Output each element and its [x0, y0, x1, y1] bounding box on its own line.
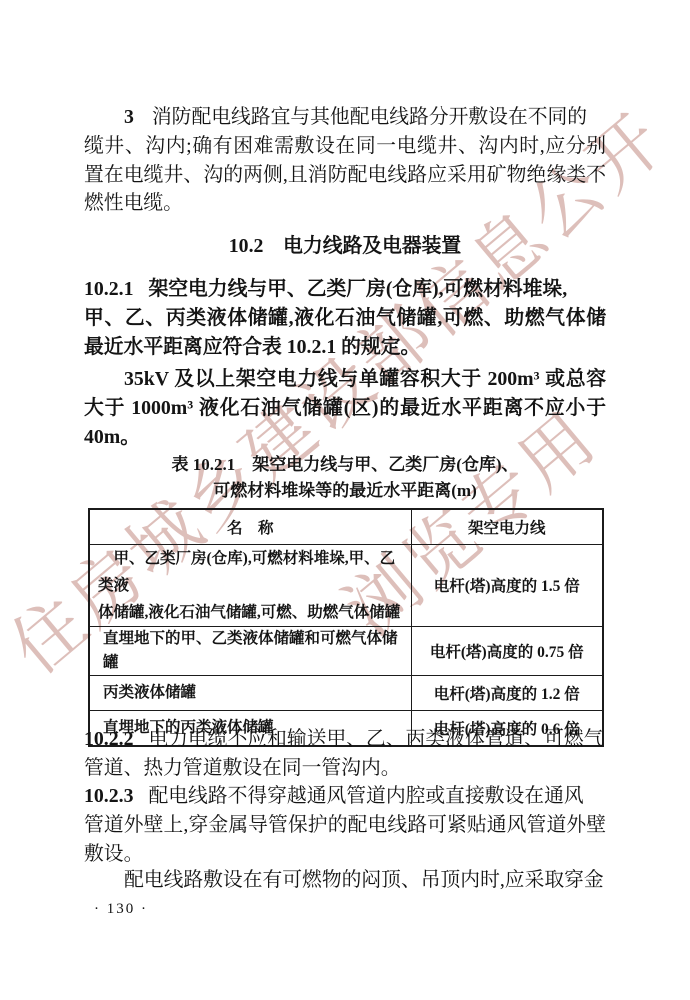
column-header-name: 名 称	[89, 509, 411, 544]
row-name-cell: 甲、乙类厂房(仓库),可燃材料堆垛,甲、乙类液 体储罐,液化石油气储罐,可燃、助…	[89, 544, 411, 626]
table-header-row: 名 称 架空电力线	[89, 509, 603, 544]
table-row: 直埋地下的甲、乙类液体储罐和可燃气体储罐 电杆(塔)高度的 0.75 倍	[89, 626, 603, 675]
row-value-cell: 电杆(塔)高度的 0.75 倍	[411, 626, 603, 675]
column-header-powerline: 架空电力线	[411, 509, 603, 544]
clause-number: 10.2.2	[84, 728, 133, 750]
row-name-cell: 丙类液体储罐	[89, 675, 411, 710]
text-line: 10.2.1架空电力线与甲、乙类厂房(仓库),可燃材料堆垛,	[84, 275, 606, 304]
table-caption-line-2: 可燃材料堆垛等的最近水平距离(m)	[84, 478, 606, 504]
text-line: 缆井、沟内;确有困难需敷设在同一电缆井、沟内时,应分别布	[84, 132, 606, 161]
section-heading: 10.2 电力线路及电器装置	[84, 232, 606, 261]
text-line: 敷设。	[84, 840, 606, 869]
text-line: 体储罐,液化石油气储罐,可燃、助燃气体储罐	[98, 599, 403, 626]
table-row: 甲、乙类厂房(仓库),可燃材料堆垛,甲、乙类液 体储罐,液化石油气储罐,可燃、助…	[89, 544, 603, 626]
paragraph-35kv: 35kV 及以上架空电力线与单罐容积大于 200m³ 或总容积 大于 1000m…	[84, 365, 606, 451]
row-value-cell: 电杆(塔)高度的 1.2 倍	[411, 675, 603, 710]
text-line: 10.2.2电力电缆不应和输送甲、乙、丙类液体管道、可燃气体	[84, 725, 606, 754]
clause-number: 10.2.3	[84, 785, 133, 807]
text-line: 甲、乙类厂房(仓库),可燃材料堆垛,甲、乙类液	[98, 545, 403, 599]
paragraph-clause-10-2-2: 10.2.2电力电缆不应和输送甲、乙、丙类液体管道、可燃气体 管道、热力管道敷设…	[84, 725, 606, 783]
text-line: 管道、热力管道敷设在同一管沟内。	[84, 754, 606, 783]
paragraph-clause-3: 3消防配电线路宜与其他配电线路分开敷设在不同的电 缆井、沟内;确有困难需敷设在同…	[84, 103, 606, 218]
table-10-2-1: 名 称 架空电力线 甲、乙类厂房(仓库),可燃材料堆垛,甲、乙类液 体储罐,液化…	[88, 508, 604, 747]
page-number: · 130 ·	[94, 899, 294, 919]
text-line: 大于 1000m³ 液化石油气储罐(区)的最近水平距离不应小于	[84, 394, 606, 423]
paragraph-last: 配电线路敷设在有可燃物的闷顶、吊顶内时,应采取穿金	[84, 866, 606, 895]
paragraph-clause-10-2-3: 10.2.3配电线路不得穿越通风管道内腔或直接敷设在通风 管道外壁上,穿金属导管…	[84, 782, 606, 868]
text-line: 配电线路敷设在有可燃物的闷顶、吊顶内时,应采取穿金	[84, 866, 606, 895]
row-value-cell: 电杆(塔)高度的 1.5 倍	[411, 544, 603, 626]
text-line: 40m。	[84, 423, 606, 452]
table-caption-line-1: 表 10.2.1 架空电力线与甲、乙类厂房(仓库)、	[84, 452, 606, 478]
document-page: { "watermark": { "line1": "住房城乡建设部信息公开",…	[0, 0, 690, 1000]
paragraph-clause-10-2-1: 10.2.1架空电力线与甲、乙类厂房(仓库),可燃材料堆垛, 甲、乙、丙类液体储…	[84, 275, 606, 361]
text-line: 3消防配电线路宜与其他配电线路分开敷设在不同的电	[84, 103, 606, 132]
text-line: 最近水平距离应符合表 10.2.1 的规定。	[84, 333, 606, 362]
text-line: 甲、乙、丙类液体储罐,液化石油气储罐,可燃、助燃气体储罐的	[84, 304, 606, 333]
clause-number: 10.2.1	[84, 278, 133, 300]
text-line: 35kV 及以上架空电力线与单罐容积大于 200m³ 或总容积	[84, 365, 606, 394]
text-line: 置在电缆井、沟的两侧,且消防配电线路应采用矿物绝缘类不	[84, 161, 606, 190]
table-caption: 表 10.2.1 架空电力线与甲、乙类厂房(仓库)、 可燃材料堆垛等的最近水平距…	[84, 452, 606, 504]
text-line: 10.2.3配电线路不得穿越通风管道内腔或直接敷设在通风	[84, 782, 606, 811]
row-name-cell: 直埋地下的甲、乙类液体储罐和可燃气体储罐	[89, 626, 411, 675]
table-row: 丙类液体储罐 电杆(塔)高度的 1.2 倍	[89, 675, 603, 710]
clause-number: 3	[124, 106, 134, 128]
text-line: 管道外壁上,穿金属导管保护的配电线路可紧贴通风管道外壁	[84, 811, 606, 840]
text-line: 燃性电缆。	[84, 189, 606, 218]
